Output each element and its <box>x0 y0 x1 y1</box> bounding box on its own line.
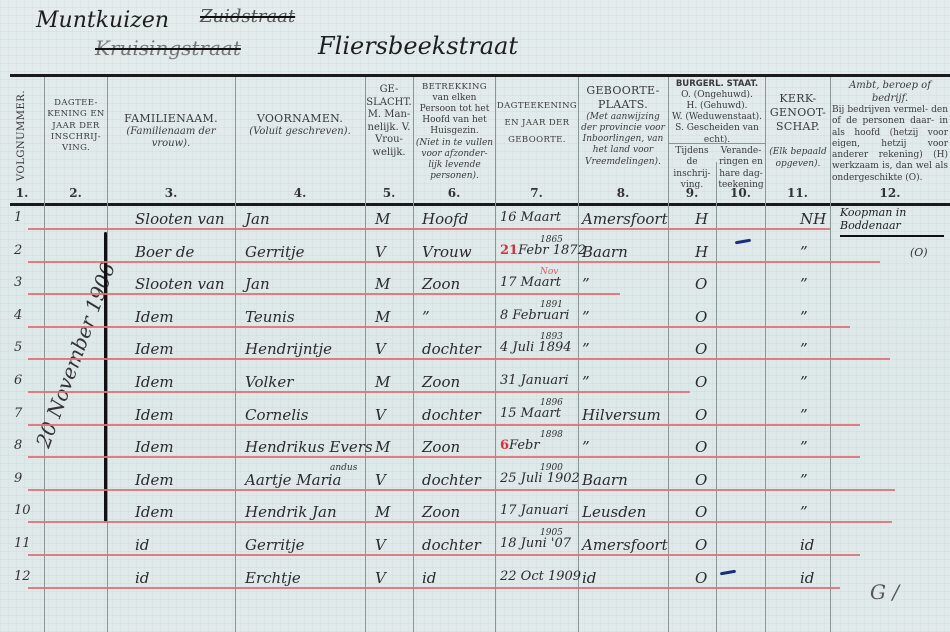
surname-cell: Idem <box>135 406 174 424</box>
church-cell: ” <box>800 340 808 358</box>
sex-cell: M <box>375 438 390 456</box>
birth-date-text: 31 Januari <box>500 373 569 388</box>
given-name-cell: Hendrijntje <box>245 340 332 358</box>
church-cell: ” <box>800 373 808 391</box>
street-name-struck: Kruisingstraat <box>95 36 241 60</box>
sex-cell: V <box>375 243 386 261</box>
church-cell: ” <box>800 243 808 261</box>
given-name-cell: Hendrikus Evers <box>245 438 373 456</box>
birth-year-correction: 1905 <box>540 528 563 538</box>
column-number: 12. <box>830 186 950 200</box>
column-number: 10. <box>716 186 765 200</box>
row-number: 5 <box>14 340 22 355</box>
street-name: Muntkuizen <box>36 8 169 33</box>
birthplace-cell: Leusden <box>582 503 646 521</box>
sex-cell: M <box>375 503 390 521</box>
civil-status-cell: O <box>695 438 707 456</box>
table-row: 6IdemVolkerMZoon31 Januari”O” <box>0 369 950 401</box>
birth-date-cell: 21Febr 1872 <box>500 243 586 258</box>
table-row: 10IdemHendrik JanMZoon17 JanuariLeusdenO… <box>0 499 950 531</box>
birth-date-text: 4 Juli 1894 <box>500 340 572 355</box>
church-cell: ” <box>800 471 808 489</box>
relation-cell: Zoon <box>422 373 460 391</box>
red-strikethrough <box>28 391 690 393</box>
birthplace-cell: Baarn <box>582 243 628 261</box>
birth-date-text: 16 Maart <box>500 210 561 225</box>
birth-year-correction: 1891 <box>540 300 563 310</box>
header-geboortedatum: DAGTEEKENING EN JAAR DER GEBOORTE. <box>496 98 578 149</box>
row-number: 6 <box>14 373 22 388</box>
surname-cell: Idem <box>135 373 174 391</box>
red-strikethrough <box>28 358 890 360</box>
table-row: 12idErchtjeVid22 Oct 1909idOid <box>0 565 950 597</box>
birth-date-cell: 15 Maart <box>500 406 561 421</box>
red-strikethrough <box>28 456 860 458</box>
civil-status-cell: O <box>695 569 707 587</box>
surname-cell: Idem <box>135 438 174 456</box>
birth-date-cell: 16 Maart <box>500 210 561 225</box>
table-row: 7IdemCornelisVdochter15 Maart1896Hilvers… <box>0 402 950 434</box>
table-row: 1Slooten vanJanMHoofd16 MaartAmersfoortH… <box>0 206 950 238</box>
relation-cell: dochter <box>422 536 481 554</box>
header-geboorteplaats: GEBOORTE- PLAATS. (Met aanwijzing der pr… <box>579 84 667 168</box>
surname-cell: Boer de <box>135 243 194 261</box>
red-strikethrough <box>28 261 880 263</box>
birth-date-text: 25 Juli 1902 <box>500 471 580 486</box>
header-veranderingen: Verande- ringen en hare dag- teekening <box>717 146 765 191</box>
column-number: 7. <box>495 186 578 200</box>
birth-year-correction: 1896 <box>540 398 563 408</box>
surname-cell: id <box>135 536 149 554</box>
column-number: 4. <box>235 186 365 200</box>
birth-date-cell: 22 Oct 1909 <box>500 569 581 584</box>
relation-cell: ” <box>422 308 430 326</box>
civil-status-cell: H <box>695 243 708 261</box>
column-number: 2. <box>44 186 107 200</box>
surname-cell: id <box>135 569 149 587</box>
birth-date-text: 15 Maart <box>500 406 561 421</box>
column-number: 6. <box>413 186 495 200</box>
surname-cell: Slooten van <box>135 275 225 293</box>
row-number: 11 <box>14 536 31 551</box>
relation-cell: Zoon <box>422 275 460 293</box>
header-beroep: Ambt, beroep of bedrijf. Bij bedrijven v… <box>832 80 948 184</box>
birth-date-text: 18 Juni '07 <box>500 536 571 551</box>
table-row: 4IdemTeunisM”8 Februari1891”O” <box>0 304 950 336</box>
row-number: 4 <box>14 308 22 323</box>
header-inschrijving: DAGTEE- KENING EN JAAR DER INSCHRIJ- VIN… <box>46 98 106 154</box>
sex-cell: V <box>375 471 386 489</box>
birthplace-cell: id <box>582 569 596 587</box>
street-name: Fliersbeekstraat <box>318 32 518 60</box>
church-cell: NH <box>800 210 826 228</box>
birth-date-text: 17 Januari <box>500 503 569 518</box>
column-number: 3. <box>107 186 235 200</box>
register-page: Muntkuizen Zuidstraat Kruisingstraat Fli… <box>0 0 950 632</box>
row-number: 1 <box>14 210 22 225</box>
sex-cell: V <box>375 406 386 424</box>
header-betrekking: BETREKKING van elken Persoon tot het Hoo… <box>415 82 494 183</box>
red-strikethrough <box>28 521 892 523</box>
column-number: 9. <box>668 186 716 200</box>
row-number: 7 <box>14 406 22 421</box>
birth-date-cell: 31 Januari <box>500 373 569 388</box>
birth-year-correction: 1898 <box>540 430 563 440</box>
table-row: 8IdemHendrikus EversMZoon6Febr1898”O” <box>0 434 950 466</box>
sex-cell: V <box>375 340 386 358</box>
civil-status-cell: O <box>695 503 707 521</box>
church-cell: ” <box>800 406 808 424</box>
birth-year-correction: 1900 <box>540 463 563 473</box>
relation-cell: Hoofd <box>422 210 468 228</box>
birth-date-cell: 6Febr <box>500 438 540 453</box>
church-cell: ” <box>800 503 808 521</box>
birth-year-correction: 1865 <box>540 235 563 245</box>
civil-status-cell: O <box>695 406 707 424</box>
civil-status-cell: O <box>695 373 707 391</box>
red-strikethrough <box>28 326 850 328</box>
relation-cell: dochter <box>422 471 481 489</box>
occupation-entry: Koopman in Boddenaar <box>840 207 950 232</box>
sex-cell: M <box>375 210 390 228</box>
row-number: 10 <box>14 503 31 518</box>
column-number: 5. <box>365 186 413 200</box>
street-name-struck: Zuidstraat <box>200 6 295 27</box>
red-strikethrough <box>28 293 620 295</box>
birthplace-cell: Baarn <box>582 471 628 489</box>
civil-status-cell: O <box>695 340 707 358</box>
sex-cell: M <box>375 373 390 391</box>
surname-cell: Idem <box>135 503 174 521</box>
column-number: 8. <box>578 186 668 200</box>
relation-cell: id <box>422 569 436 587</box>
header-familienaam: FAMILIENAAM. (Familienaam der vrouw). <box>108 112 234 151</box>
row-number: 2 <box>14 243 22 258</box>
birth-date-cell: 4 Juli 1894 <box>500 340 572 355</box>
header-kerkgenootschap: KERK- GENOOT- SCHAP. (Elk bepaald opgeve… <box>766 92 830 170</box>
given-name-cell: Gerritje <box>245 536 305 554</box>
given-name-cell: Cornelis <box>245 406 309 424</box>
relation-cell: dochter <box>422 340 481 358</box>
given-name-cell: Jan <box>245 275 270 293</box>
red-strikethrough <box>28 587 840 589</box>
civil-status-cell: H <box>695 210 708 228</box>
birthplace-cell: ” <box>582 308 590 326</box>
surname-cell: Idem <box>135 340 174 358</box>
table-row: 2Boer deGerritjeVVrouw21Febr 18721865Baa… <box>0 239 950 271</box>
column-number: 1. <box>0 186 44 200</box>
given-name-annotation: andus <box>330 463 357 473</box>
birth-year-correction: Nov <box>540 267 558 277</box>
birthplace-cell: ” <box>582 340 590 358</box>
birth-date-cell: 17 Maart <box>500 275 561 290</box>
birthplace-cell: ” <box>582 275 590 293</box>
birth-date-text: 17 Maart <box>500 275 561 290</box>
margin-pencil-note: G / <box>870 580 899 604</box>
occupation-note: (O) <box>910 246 928 259</box>
relation-cell: Zoon <box>422 438 460 456</box>
sex-cell: V <box>375 536 386 554</box>
given-name-cell: Hendrik Jan <box>245 503 337 521</box>
header-top-rule <box>10 74 950 77</box>
column-number: 11. <box>765 186 830 200</box>
table-row: 5IdemHendrijntjeVdochter4 Juli 18941893”… <box>0 336 950 368</box>
given-name-cell: Erchtje <box>245 569 301 587</box>
relation-cell: Vrouw <box>422 243 472 261</box>
red-strikethrough <box>28 554 860 556</box>
row-number: 8 <box>14 438 22 453</box>
relation-cell: dochter <box>422 406 481 424</box>
church-cell: id <box>800 569 814 587</box>
corrected-day: 21 <box>500 243 518 258</box>
header-voornamen: VOORNAMEN. (Voluit geschreven). <box>236 112 364 138</box>
header-volgnummer: VOLGNUMMER. <box>12 90 32 180</box>
birth-date-cell: 17 Januari <box>500 503 569 518</box>
surname-cell: Idem <box>135 471 174 489</box>
sex-cell: M <box>375 275 390 293</box>
birthplace-cell: Amersfoort <box>582 536 668 554</box>
table-row: 9IdemAartje MariaVdochter25 Juli 1902190… <box>0 467 950 499</box>
given-name-cell: Jan <box>245 210 270 228</box>
birth-date-text: Febr 1872 <box>518 243 586 258</box>
civil-status-cell: O <box>695 536 707 554</box>
surname-cell: Slooten van <box>135 210 225 228</box>
relation-cell: Zoon <box>422 503 460 521</box>
civil-status-cell: O <box>695 308 707 326</box>
red-strikethrough <box>28 489 895 491</box>
table-row: 3Slooten vanJanMZoon17 MaartNov”O” <box>0 271 950 303</box>
church-cell: id <box>800 536 814 554</box>
given-name-cell: Aartje Maria <box>245 471 341 489</box>
sex-cell: V <box>375 569 386 587</box>
civil-status-cell: O <box>695 471 707 489</box>
red-strikethrough <box>28 424 860 426</box>
occupation-strike <box>840 235 944 237</box>
row-number: 3 <box>14 275 22 290</box>
church-cell: ” <box>800 275 808 293</box>
church-cell: ” <box>800 438 808 456</box>
table-row: 11idGerritjeVdochter18 Juni '071905Amers… <box>0 532 950 564</box>
church-cell: ” <box>800 308 808 326</box>
row-number: 12 <box>14 569 31 584</box>
birthplace-cell: Amersfoort <box>582 210 668 228</box>
row-number: 9 <box>14 471 22 486</box>
given-name-cell: Teunis <box>245 308 295 326</box>
sex-cell: M <box>375 308 390 326</box>
header-burgerlijke-staat: BURGERL. STAAT. O. (Ongehuwd). H. (Gehuw… <box>669 79 765 146</box>
birth-date-text: 8 Februari <box>500 308 569 323</box>
birthplace-cell: Hilversum <box>582 406 661 424</box>
given-name-cell: Gerritje <box>245 243 305 261</box>
birth-year-correction: 1893 <box>540 332 563 342</box>
birthplace-cell: ” <box>582 438 590 456</box>
surname-cell: Idem <box>135 308 174 326</box>
corrected-day: 6 <box>500 438 509 453</box>
birthplace-cell: ” <box>582 373 590 391</box>
birth-date-cell: 25 Juli 1902 <box>500 471 580 486</box>
birth-date-cell: 18 Juni '07 <box>500 536 571 551</box>
birth-date-cell: 8 Februari <box>500 308 569 323</box>
red-strikethrough <box>28 228 830 230</box>
birth-date-text: 22 Oct 1909 <box>500 569 581 584</box>
given-name-cell: Volker <box>245 373 293 391</box>
birth-date-text: Febr <box>509 438 540 453</box>
header-geslacht: GE- SLACHT. M. Man- nelijk. V. Vrou- wel… <box>366 84 412 159</box>
civil-status-cell: O <box>695 275 707 293</box>
header-tijdens-inschrijving: Tijdens de inschrij- ving. <box>669 146 715 191</box>
